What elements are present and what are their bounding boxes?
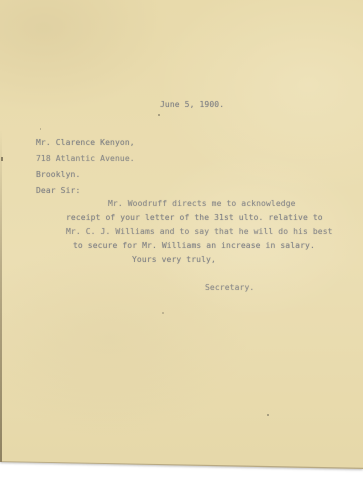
letter-paper: June 5, 1900. Mr. Clarence Kenyon, 718 A… [0, 0, 363, 470]
paper-speck [267, 414, 269, 416]
paper-speck [162, 312, 164, 314]
paper-speck [158, 114, 160, 116]
salutation: Dear Sir: [36, 186, 80, 195]
body-line-4: to secure for Mr. Williams an increase i… [73, 241, 315, 250]
paper-speck [40, 128, 41, 130]
paper-left-edge [0, 130, 2, 462]
scanned-letter-page: June 5, 1900. Mr. Clarence Kenyon, 718 A… [0, 0, 363, 500]
signature-line: Secretary. [205, 283, 254, 292]
body-line-1: Mr. Woodruff directs me to acknowledge [108, 199, 296, 208]
closing-valediction: Yours very truly, [132, 255, 216, 264]
recipient-city: Brooklyn. [36, 170, 80, 179]
body-line-3: Mr. C. J. Williams and to say that he wi… [66, 227, 333, 236]
paper-shadow-wrap: June 5, 1900. Mr. Clarence Kenyon, 718 A… [0, 0, 363, 500]
recipient-street: 718 Atlantic Avenue. [36, 154, 135, 163]
letter-date: June 5, 1900. [160, 100, 224, 109]
paper-bottom-edge [0, 461, 363, 470]
body-line-2: receipt of your letter of the 31st ulto.… [66, 213, 323, 222]
recipient-name: Mr. Clarence Kenyon, [36, 138, 135, 147]
